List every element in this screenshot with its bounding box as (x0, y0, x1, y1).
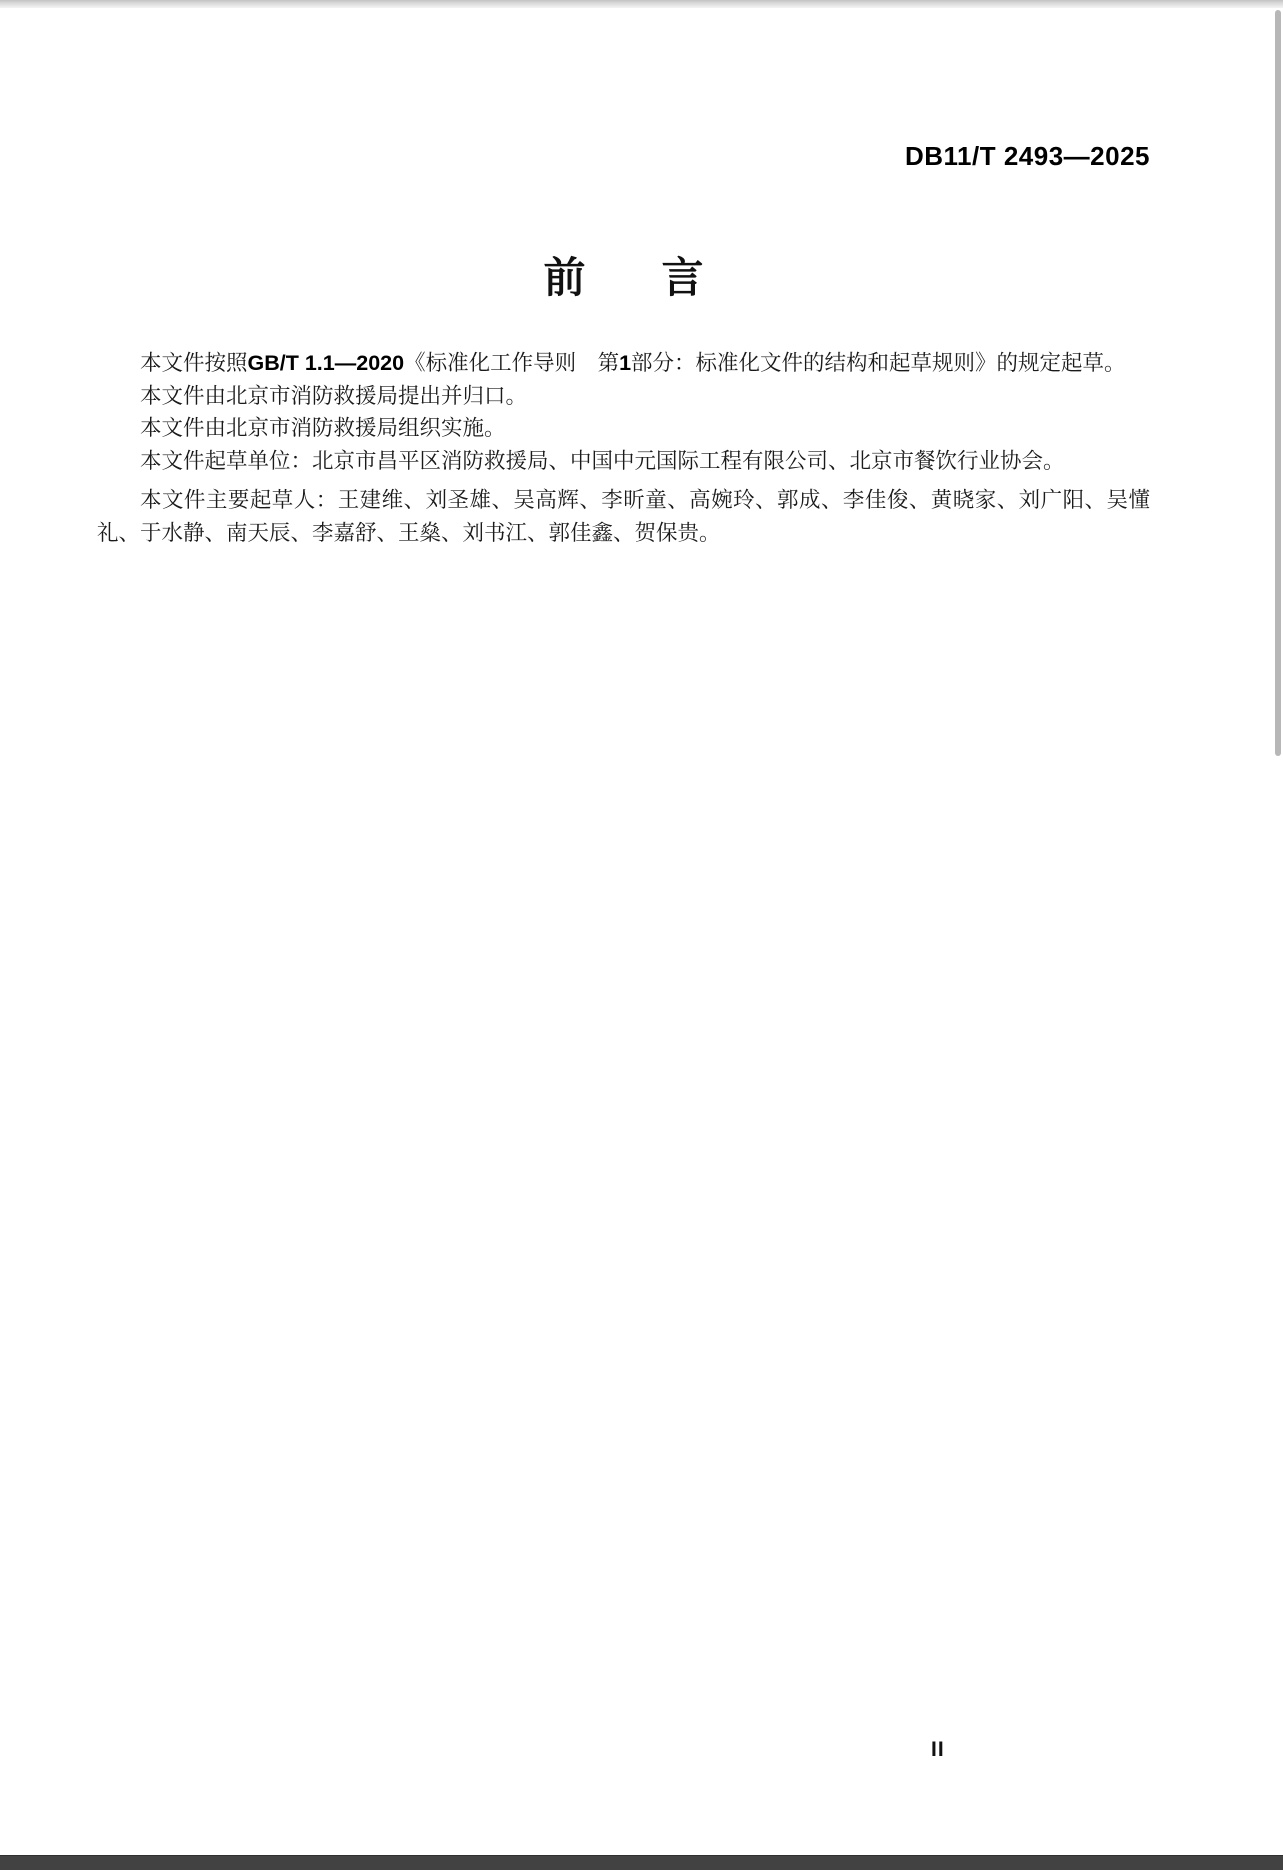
page-title-char: 言 (662, 245, 704, 305)
document-body: 本文件按照GB/T 1.1—2020《标准化工作导则 第1部分：标准化文件的结构… (97, 347, 1150, 549)
page-title-char: 前 (543, 245, 585, 305)
document-code: DB11/T 2493—2025 (905, 141, 1150, 172)
page-title: 前 言 (97, 245, 1150, 305)
page-number: II (931, 1738, 945, 1762)
document-viewer: { "colors": { "page_bg": "#ffffff", "chr… (0, 0, 1283, 1870)
part-number: 1 (619, 351, 631, 375)
paragraph-text: 部分：标准化文件的结构和起草规则》的规定起草。 (631, 351, 1126, 375)
paragraph-text: 《标准化工作导则 第 (404, 351, 619, 375)
paragraph-text: 本文件按照 (140, 351, 248, 375)
standard-reference: GB/T 1.1—2020 (248, 351, 405, 375)
paragraph-proposed-by: 本文件由北京市消防救援局提出并归口。 (97, 380, 1150, 413)
paragraph-drafting-rules: 本文件按照GB/T 1.1—2020《标准化工作导则 第1部分：标准化文件的结构… (97, 347, 1150, 380)
viewer-top-bar (0, 0, 1283, 8)
scrollbar[interactable] (1274, 8, 1282, 1854)
paragraph-main-drafters: 本文件主要起草人：王建维、刘圣雄、吴高辉、李昕童、高婉玲、郭成、李佳俊、黄晓家、… (97, 484, 1150, 549)
viewer-bottom-bar (0, 1855, 1283, 1870)
scrollbar-thumb[interactable] (1275, 10, 1281, 756)
paragraph-implemented-by: 本文件由北京市消防救援局组织实施。 (97, 412, 1150, 445)
paragraph-drafting-organizations: 本文件起草单位：北京市昌平区消防救援局、中国中元国际工程有限公司、北京市餐饮行业… (97, 445, 1150, 478)
